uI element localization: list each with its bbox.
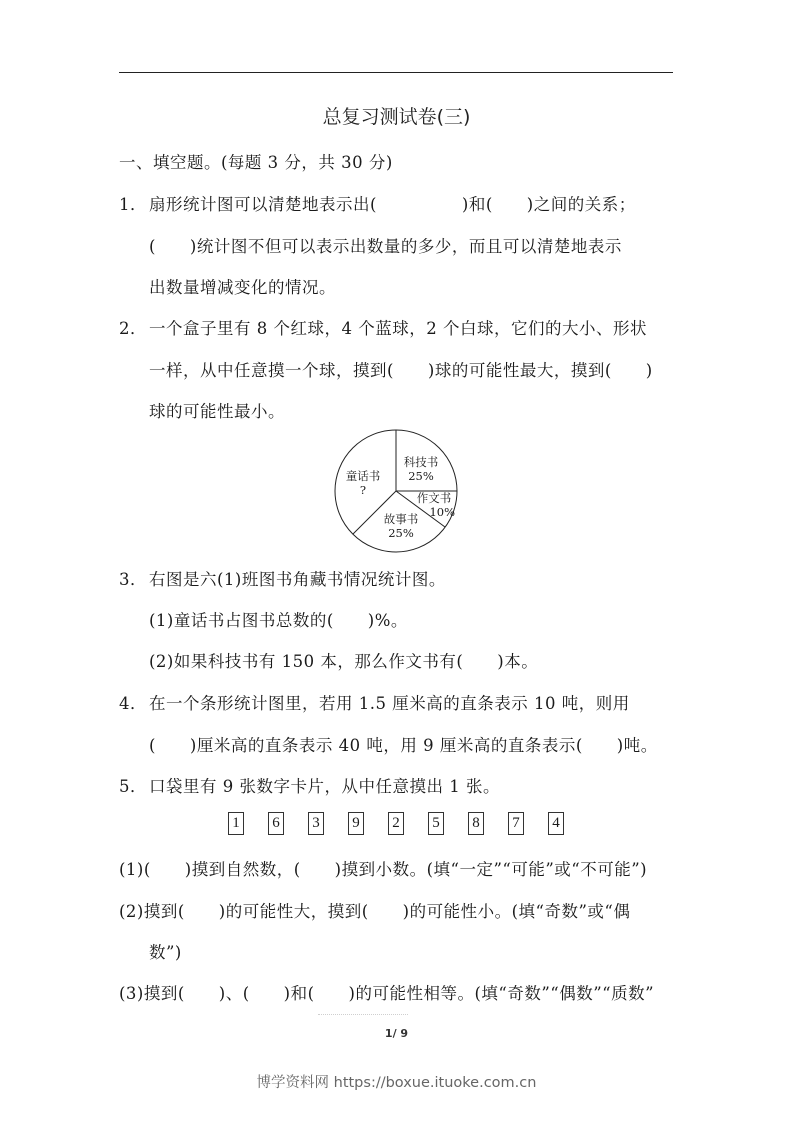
question-2-line-1: 2．一个盒子里有 8 个红球，4 个蓝球，2 个白球，它们的大小、形状 [119, 315, 647, 339]
question-3-line-1: 3．右图是六(1)班图书角藏书情况统计图。 [119, 566, 446, 590]
question-text: 扇形统计图可以清楚地表示出( )和( )之间的关系； [149, 195, 636, 214]
pie-label-value: 25% [379, 526, 423, 540]
question-number: 3． [119, 566, 149, 590]
pie-label-science: 科技书 25% [399, 455, 443, 483]
pie-label-fairy-tale: 童话书 ? [341, 469, 385, 497]
question-2-line-2: 一样，从中任意摸一个球，摸到( )球的可能性最大，摸到( ) [149, 357, 653, 381]
question-text: 一个盒子里有 8 个红球，4 个蓝球，2 个白球，它们的大小、形状 [149, 319, 647, 338]
question-number: 1． [119, 191, 149, 215]
number-card: 6 [268, 812, 284, 835]
question-text: 右图是六(1)班图书角藏书情况统计图。 [149, 570, 446, 589]
question-5-sub-3: (3)摸到( )、( )和( )的可能性相等。(填“奇数”“偶数”“质数” [119, 980, 654, 1004]
number-card: 4 [548, 812, 564, 835]
question-5-sub-2-cont: 数”) [149, 939, 182, 963]
pie-label-name: 故事书 [379, 512, 423, 526]
question-number: 4． [119, 690, 149, 714]
pie-label-story: 故事书 25% [379, 512, 423, 540]
number-card: 5 [428, 812, 444, 835]
pie-label-name: 科技书 [399, 455, 443, 469]
number-card: 2 [388, 812, 404, 835]
pie-label-value: 25% [399, 469, 443, 483]
question-1-line-3: 出数量增减变化的情况。 [149, 274, 336, 298]
question-number: 2． [119, 315, 149, 339]
page-indicator: 1/ 9 [0, 1027, 793, 1040]
question-1-line-1: 1．扇形统计图可以清楚地表示出( )和( )之间的关系； [119, 191, 636, 215]
question-4-line-2: ( )厘米高的直条表示 40 吨，用 9 厘米高的直条表示( )吨。 [149, 732, 658, 756]
cutoff-artifact [318, 1014, 408, 1015]
question-5-line-1: 5．口袋里有 9 张数字卡片，从中任意摸出 1 张。 [119, 773, 500, 797]
question-5-sub-2: (2)摸到( )的可能性大，摸到( )的可能性小。(填“奇数”或“偶 [119, 898, 630, 922]
question-2-line-3: 球的可能性最小。 [149, 398, 285, 422]
page-title: 总复习测试卷(三) [0, 102, 793, 129]
pie-label-name: 童话书 [341, 469, 385, 483]
question-3-sub-1: (1)童话书占图书总数的( )%。 [149, 607, 408, 631]
number-cards: 1 6 3 9 2 5 8 7 4 [0, 812, 793, 838]
pie-chart: 科技书 25% 作文书 10% 故事书 25% 童话书 ? [333, 428, 459, 554]
number-card: 3 [308, 812, 324, 835]
question-number: 5． [119, 773, 149, 797]
number-card: 8 [468, 812, 484, 835]
footer-watermark: 博学资料网 https://boxue.ituoke.com.cn [0, 1071, 793, 1092]
pie-label-name: 作文书 [413, 491, 455, 505]
number-card: 1 [228, 812, 244, 835]
pie-label-value: ? [341, 483, 385, 497]
section-heading: 一、填空题。(每题 3 分，共 30 分) [119, 149, 393, 173]
question-3-sub-2: (2)如果科技书有 150 本，那么作文书有( )本。 [149, 648, 538, 672]
question-text: 在一个条形统计图里，若用 1.5 厘米高的直条表示 10 吨，则用 [149, 694, 630, 713]
question-text: 口袋里有 9 张数字卡片，从中任意摸出 1 张。 [149, 777, 500, 796]
question-4-line-1: 4．在一个条形统计图里，若用 1.5 厘米高的直条表示 10 吨，则用 [119, 690, 630, 714]
header-rule [119, 72, 673, 73]
number-card: 9 [348, 812, 364, 835]
question-1-line-2: ( )统计图不但可以表示出数量的多少，而且可以清楚地表示 [149, 233, 622, 257]
number-card: 7 [508, 812, 524, 835]
question-5-sub-1: (1)( )摸到自然数，( )摸到小数。(填“一定”“可能”或“不可能”) [119, 856, 647, 880]
